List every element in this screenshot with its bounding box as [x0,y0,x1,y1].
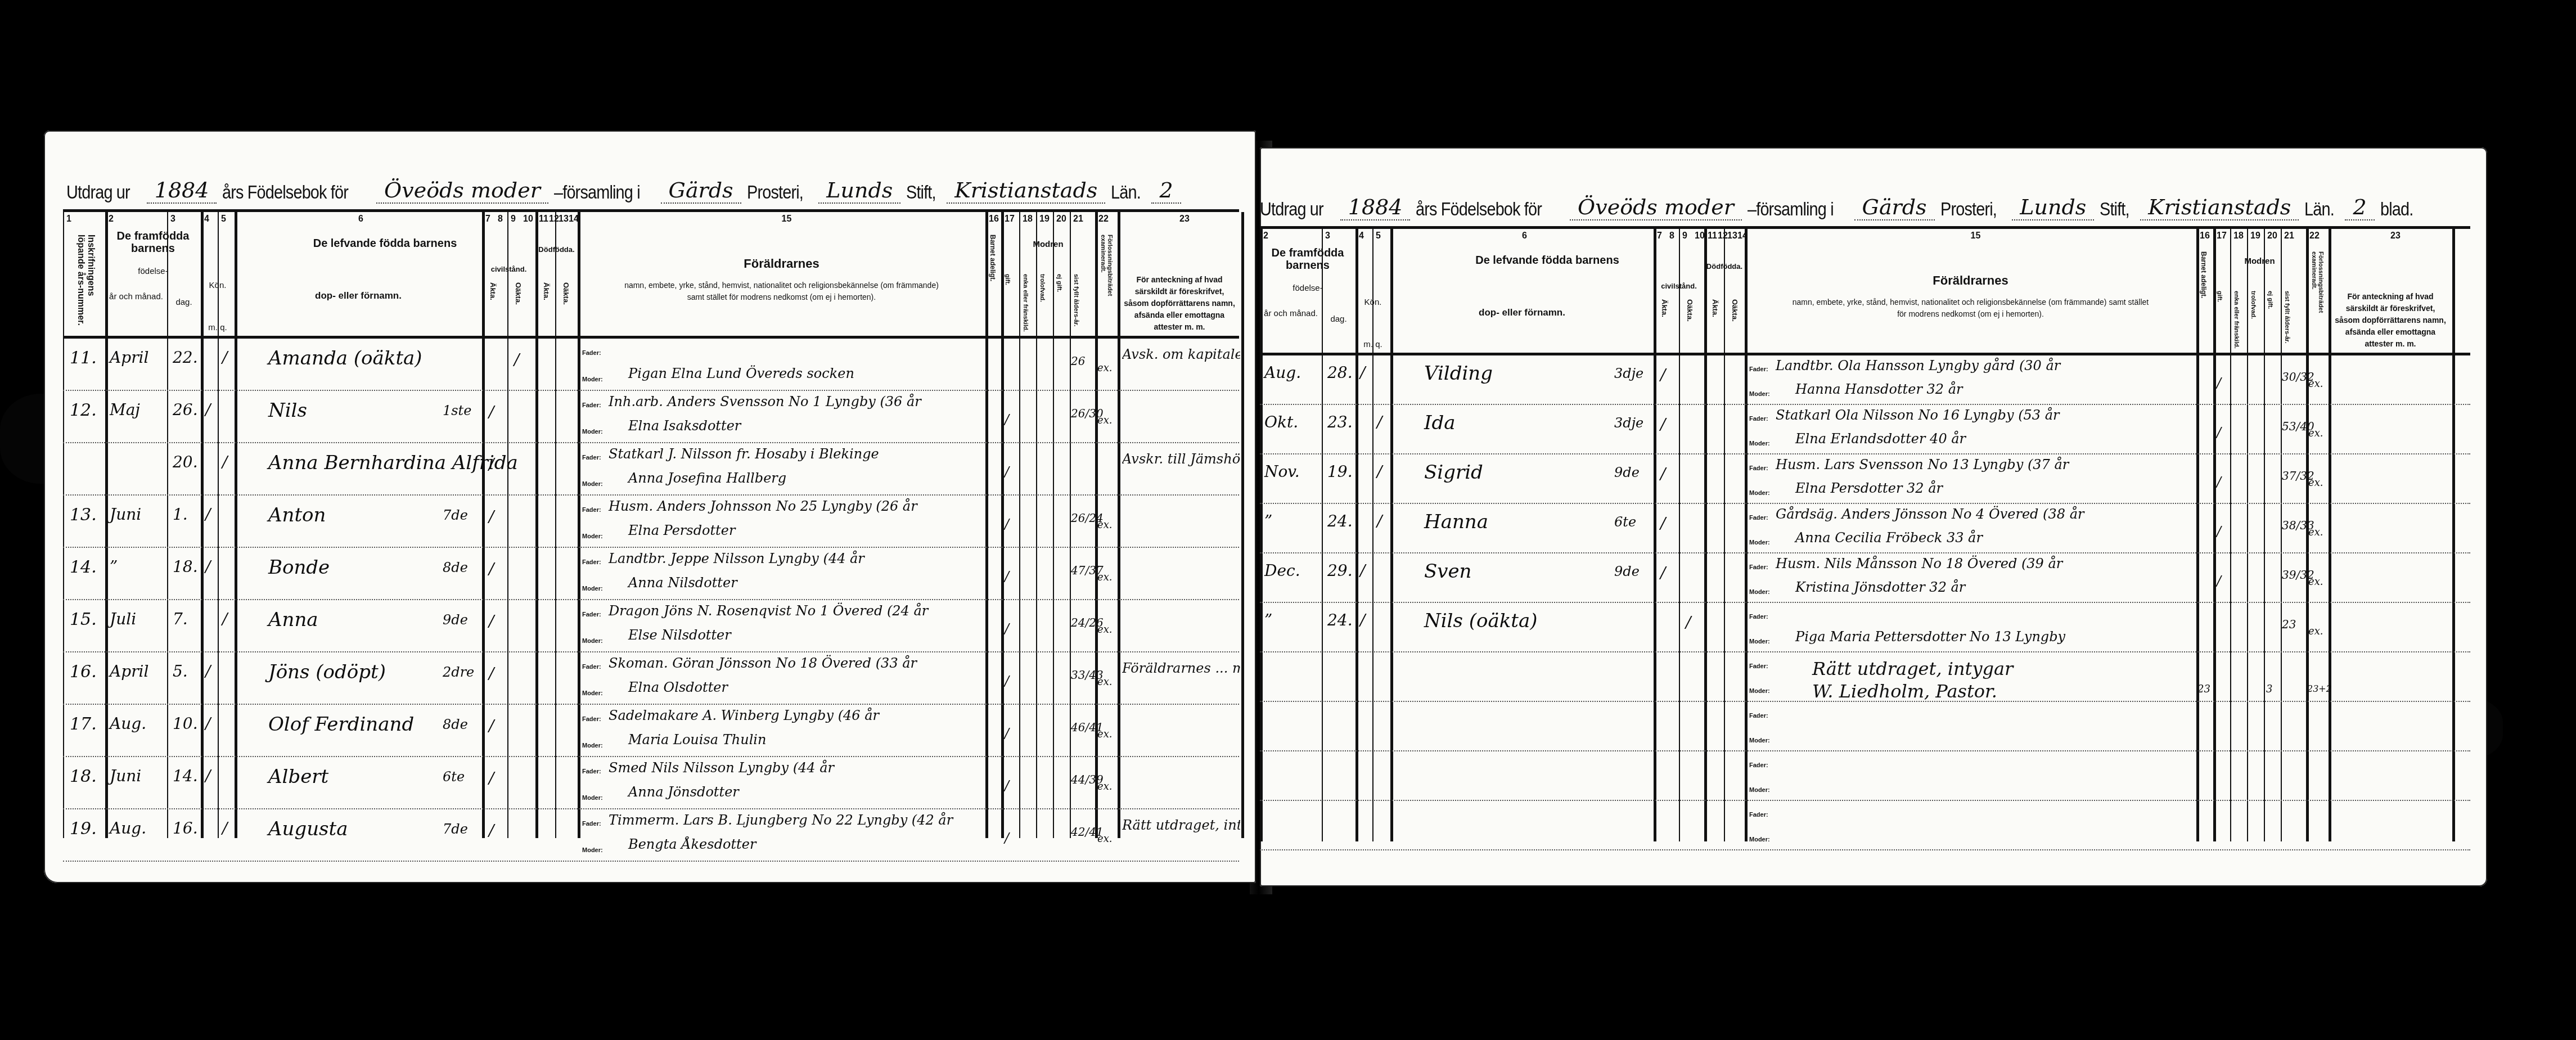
gift-mark: / [2217,524,2221,539]
column-number: 2 [109,214,114,224]
moder-label: Moder: [1749,440,1770,447]
father-details: Dragon Jöns N. Rosenqvist No 1 Övered (2… [609,603,928,619]
entry-number: 16. [70,662,97,682]
fader-label: Fader: [582,768,601,775]
header-modren-sub: trolofvad. [1039,274,1046,302]
column-number: 12 [1718,231,1728,241]
gift-mark: / [1005,516,1009,532]
entry-number: 17. [70,714,97,734]
baptism-day: 3dje [1614,366,1643,381]
column-number: 19 [1039,214,1050,224]
birth-day: 20. [173,453,198,471]
table-row: 20./Anna Bernhardina Alfrida/Fader:Moder… [63,443,1239,496]
header-dag: dag. [168,296,200,309]
moder-label: Moder: [582,586,603,592]
header-dodfodda: Dödfödda. [537,246,577,254]
sex-mark: / [1377,413,1382,431]
county-field: Kristianstads [2140,195,2299,220]
column-number: 21 [2284,231,2294,241]
row-rule [1260,849,2470,850]
column-number: 23 [2390,231,2401,241]
fader-label: Fader: [582,611,601,618]
moder-label: Moder: [582,638,603,645]
child-name: Amanda (oäkta) [268,347,422,370]
column-number: 10 [523,214,533,224]
gift-mark: / [2217,375,2221,391]
midwife-mark: ex. [1097,833,1113,845]
lan-label: Län. [2304,199,2334,220]
sex-mark: / [1360,561,1365,580]
birth-day: 1. [173,505,188,524]
sex-mark: / [1360,611,1365,629]
annotation: Rätt utdraget, intygar W. Liedholm [1122,817,1240,833]
lan-label: Län. [1111,182,1141,204]
birth-day: 7. [173,610,188,628]
entry-number: 15. [70,610,97,629]
birth-month: ” [1264,611,1272,629]
midwife-mark: ex. [1097,624,1113,636]
title-prefix: Utdrag ur [1260,199,1323,220]
table-row: 18.Juni14./Albert6te/Fader:Moder:Smed Ni… [63,757,1239,809]
midwife-mark: ex. [2308,477,2323,489]
column-number: 9 [1682,231,1687,241]
child-name: Sigrid [1424,461,1483,484]
midwife-mark: ex. [1097,728,1113,740]
child-name: Jöns (odöpt) [268,661,386,683]
header-modren-sub: sist fyllt ålders-år. [2284,291,2290,344]
father-details: Timmerm. Lars B. Ljungberg No 22 Lyngby … [609,812,953,828]
birth-month: Juni [110,767,141,785]
father-details: Gårdsäg. Anders Jönsson No 4 Övered (38 … [1776,506,2084,522]
column-number: 21 [1073,214,1083,224]
baptism-day: 9de [1614,564,1640,579]
header-dag: dag. [1323,313,1354,326]
child-name: Olof Ferdinand [268,713,414,736]
fader-label: Fader: [582,664,601,670]
header-anteckning: För anteckning af hvad särskildt är före… [1123,274,1236,333]
moder-label: Moder: [1749,539,1770,546]
column-number: 7 [1657,231,1662,241]
header-legitimacy: Oäkta. [1731,299,1739,322]
birth-month: Okt. [1264,413,1298,431]
register-header: 234567891011121314151617181920212223De f… [1260,229,2470,355]
header-modren-sub: gift. [1004,274,1011,285]
header-dop-namn: dop- eller förnamn. [237,291,479,301]
mother-details: Anna Josefina Hallberg [628,470,786,486]
left-register-page: Utdrag ur 1884 års Födelsebok för Öveöds… [44,130,1256,883]
annotation: Föräldrarnes ... manna? [1122,660,1240,676]
child-name: Anna Bernhardina Alfrida [268,452,518,474]
moder-label: Moder: [582,690,603,697]
birth-day: 10. [173,714,198,733]
register-rows: Aug.28./Vilding3dje/Fader:Moder:Landtbr.… [1260,355,2470,841]
column-number: 17 [1005,214,1015,224]
blad-label: blad. [2380,199,2413,220]
total-col22: 23+2 [2307,683,2332,694]
moder-label: Moder: [582,376,603,383]
title-prefix: Utdrag ur [66,182,130,204]
register-rows: 11.April22./Amanda (oäkta)/Fader:Moder:P… [63,339,1239,838]
child-name: Augusta [268,818,348,840]
birth-month: Maj [110,400,140,419]
baptism-day: 8de [443,560,468,575]
header-fodelse: födelse- [1263,282,1353,295]
father-details: Statkarl J. Nilsson fr. Hosaby i Bleking… [609,446,879,462]
sex-mark: / [205,400,210,419]
legitimacy-mark: / [1660,415,1665,434]
sex-mark: / [205,505,210,524]
diocese-field: Lunds [818,178,900,204]
sex-mark: / [205,557,210,576]
header-forlossning: Förlossningsbiträdet examineradt. [2311,251,2324,353]
header-civilstand: civilstånd. [483,265,534,273]
table-row: 19.Aug.16./Augusta7de/Fader:Moder:Timmer… [63,809,1239,862]
mother-details: Hanna Hansdotter 32 år [1795,381,1962,397]
baptism-day: 9de [1614,465,1640,480]
birth-month: Dec. [1264,561,1300,580]
table-row: Fader:Moder: [1260,751,2470,801]
sex-mark: / [222,819,227,838]
baptism-day: 1ste [443,403,471,418]
mother-details: Else Nilsdotter [628,627,731,643]
column-number: 19 [2250,231,2260,241]
table-row: Aug.28./Vilding3dje/Fader:Moder:Landtbr.… [1260,355,2470,405]
fader-label: Fader: [582,402,601,409]
page-number-field: 2 [1151,178,1181,204]
mother-details: Elna Persdotter [628,523,735,538]
title-mid: års Födelsebok för [222,182,348,204]
baptism-day: 2dre [443,664,474,680]
column-number: 3 [1325,231,1330,241]
midwife-mark: ex. [1097,676,1113,688]
header-ar-och-manad: år och månad. [106,291,166,304]
column-number: 6 [1522,231,1527,241]
child-name: Nils [268,399,307,422]
column-number: 13 [1727,231,1737,241]
header-dop-namn: dop- eller förnamn. [1393,308,1651,318]
legitimacy-mark: / [1660,514,1665,533]
column-number: 12 [549,214,559,224]
column-number: 20 [1056,214,1066,224]
fader-label: Fader: [1749,614,1768,620]
parish-field: Öveöds moder [1570,195,1742,220]
father-details: Landtbr. Ola Hansson Lyngby gård (30 år [1776,358,2060,373]
midwife-mark: ex. [1097,519,1113,531]
parish-field: Öveöds moder [376,178,548,204]
column-number: 18 [2233,231,2244,241]
table-row: Fader:Moder: [1260,702,2470,751]
midwife-mark: ex. [1097,415,1113,426]
fader-label: Fader: [1749,713,1768,719]
header-legitimacy: Oäkta. [514,282,523,305]
header-modren: Modren [1002,240,1094,250]
birth-month: Juli [110,610,136,628]
header-foraldrarnes: Föräldrarnes [580,257,983,271]
sex-mark: / [222,610,227,628]
gift-mark: / [2217,425,2221,440]
birth-month: ” [110,557,118,576]
header-legitimacy: Oäkta. [562,282,570,305]
forsamling-label: –församling i [554,182,640,204]
baptism-day: 6te [1614,514,1636,530]
column-number: 2 [1263,231,1268,241]
table-row: 14.”18./Bonde8de/Fader:Moder:Landtbr. Je… [63,548,1239,600]
header-foraldrarnes: Föräldrarnes [1748,274,2194,287]
mother-details: Elna Persdotter 32 år [1795,480,1943,496]
column-number: 4 [204,214,209,224]
column-number: 13 [559,214,569,224]
mother-details: Maria Louisa Thulin [628,732,766,748]
birth-day: 23. [1327,413,1353,431]
birth-day: 22. [173,348,198,367]
certification-row: Rätt utdraget, intygarW. Liedholm, Pasto… [1260,652,2470,702]
legitimacy-mark: / [1660,366,1665,384]
mother-age: 26 [1071,354,1085,368]
fader-label: Fader: [1749,762,1768,769]
left-register-grid: 1234567891011121314151617181920212223Ins… [63,209,1239,838]
gift-mark: / [1005,778,1009,794]
fader-label: Fader: [582,454,601,461]
mother-details: Kristina Jönsdotter 32 år [1795,579,1965,595]
column-number: 1 [66,214,71,224]
father-details: Husm. Nils Månsson No 18 Övered (39 år [1776,556,2062,571]
header-barnet-adeligt: Barnet adeligt. [2200,251,2208,298]
birth-month: Juni [110,505,141,524]
page-title-right: Utdrag ur 1884 års Födelsebok för Öveöds… [1260,187,2470,220]
gift-mark: / [2217,474,2221,490]
page-number-field: 2 [2345,195,2374,220]
column-number: 6 [358,214,363,224]
mother-details: Elna Olsdotter [628,679,728,695]
birth-day: 5. [173,662,188,681]
column-number: 9 [511,214,516,224]
gift-mark: / [1005,726,1009,741]
total-col20: 3 [2266,683,2272,695]
total-col16: 23 [2197,683,2210,695]
fader-label: Fader: [582,821,601,827]
moder-label: Moder: [582,847,603,854]
table-row: 17.Aug.10./Olof Ferdinand8de/Fader:Moder… [63,705,1239,757]
mother-details: Anna Jönsdotter [628,784,739,800]
moder-label: Moder: [1749,391,1770,398]
header-modren-sub: trolofvad. [2250,291,2257,319]
birth-day: 16. [173,819,198,838]
entry-number: 13. [70,505,97,525]
column-number: 8 [498,214,503,224]
baptism-day: 3dje [1614,415,1643,431]
gift-mark: / [1005,464,1009,480]
column-number: 18 [1023,214,1033,224]
moder-label: Moder: [582,429,603,435]
midwife-mark: ex. [2308,378,2323,390]
moder-label: Moder: [582,742,603,749]
moder-label: Moder: [1749,836,1770,843]
gift-mark: / [1005,412,1009,427]
pastor-signature: W. Liedholm, Pastor. [1812,681,1997,702]
birth-month: Aug. [110,819,146,838]
baptism-day: 8de [443,717,468,732]
annotation: Avsk. om kapitalet ... till Kristianstad [1122,346,1240,362]
legitimacy-mark: / [1686,613,1691,632]
year-field: 1884 [147,178,217,204]
fader-label: Fader: [582,350,601,357]
entry-number: 14. [70,557,97,577]
header-modren: Modren [2214,257,2305,267]
table-row: 15.Juli7./Anna9de/Fader:Moder:Dragon Jön… [63,600,1239,652]
moder-label: Moder: [582,533,603,540]
child-name: Ida [1424,412,1455,434]
birth-day: 14. [173,767,198,785]
midwife-mark: ex. [2308,576,2323,588]
column-number: 10 [1695,231,1705,241]
sex-mark: / [1377,512,1382,530]
table-row: Dec.29./Sven9de/Fader:Moder:Husm. Nils M… [1260,553,2470,603]
mother-age: 23 [2282,618,2296,631]
legitimacy-mark: / [489,560,494,578]
mother-details: Elna Isaksdotter [628,418,741,434]
column-number: 8 [1669,231,1674,241]
table-row: 16.April5./Jöns (odöpt)2dre/Fader:Moder:… [63,652,1239,705]
header-legitimacy: Oäkta. [1686,299,1694,322]
gift-mark: / [1005,830,1009,846]
contract-field: Gärds [1854,195,1935,220]
column-number: 11 [539,214,548,224]
diocese-field: Lunds [2012,195,2094,220]
legitimacy-mark: / [489,507,494,526]
header-foraldrarnes-desc: namn, embete, yrke, stånd, hemvist, nati… [1790,296,2151,320]
table-row: 11.April22./Amanda (oäkta)/Fader:Moder:P… [63,339,1239,391]
child-name: Nils (oäkta) [1424,610,1538,632]
prosteri-label: Prosteri, [747,182,803,204]
legitimacy-mark: / [489,612,494,631]
sex-mark: / [1360,363,1365,382]
table-row: 13.Juni1./Anton7de/Fader:Moder:Husm. And… [63,496,1239,548]
column-number: 3 [170,214,175,224]
birth-month: Aug. [1264,363,1301,382]
child-name: Albert [268,766,328,788]
column-number: 15 [782,214,792,224]
forsamling-label: –församling i [1748,199,1834,220]
column-rule [1241,212,1244,838]
birth-month: April [110,348,148,367]
mother-details: Elna Erlandsdotter 40 år [1795,431,1966,447]
column-number: 11 [1708,231,1717,241]
moder-label: Moder: [582,481,603,488]
moder-label: Moder: [1749,737,1770,744]
entry-number: 11. [70,348,97,368]
mother-details: Anna Cecilia Fröbeck 33 år [1795,530,1983,546]
midwife-mark: ex. [2308,526,2323,538]
gift-mark: / [1005,673,1009,689]
legitimacy-mark: / [489,664,494,683]
annotation: Avskr. till Jämshög d. 24/6 84. [1122,451,1240,467]
child-name: Hanna [1424,511,1488,533]
child-name: Vilding [1424,362,1493,385]
header-legitimacy: Äkta. [1711,299,1719,317]
header-ar-och-manad: år och månad. [1261,308,1321,321]
moder-label: Moder: [582,795,603,802]
gift-mark: / [2217,573,2221,589]
child-name: Bonde [268,556,330,579]
column-number: 22 [2309,231,2320,241]
birth-month: April [110,662,148,681]
birth-month: ” [1264,512,1272,530]
right-register-grid: 234567891011121314151617181920212223De f… [1260,226,2470,841]
birth-day: 29. [1327,561,1353,580]
moder-label: Moder: [1749,589,1770,596]
header-barnet-adeligt: Barnet adeligt. [989,235,997,281]
sex-mark: / [205,767,210,785]
fader-label: Fader: [1749,515,1768,521]
midwife-mark: ex. [1097,571,1113,583]
midwife-mark: ex. [1097,781,1113,793]
header-running-number: Inskrifningens löpande års-nummer. [75,235,96,330]
entry-number: 19. [70,819,97,839]
header-modren-sub: ej gift. [2267,291,2273,309]
table-row: ”24./Nils (oäkta)/Fader:Moder:Piga Maria… [1260,603,2470,652]
legitimacy-mark: / [489,717,494,735]
year-field: 1884 [1340,195,1411,220]
father-details: Husm. Lars Svensson No 13 Lyngby (37 år [1776,457,2069,472]
legitimacy-mark: / [1660,564,1665,582]
midwife-mark: ex. [1097,362,1113,374]
legitimacy-mark: / [514,350,519,369]
column-number: 15 [1971,231,1981,241]
header-levande: De lefvande födda barnens [237,237,533,250]
birth-day: 24. [1327,512,1353,530]
column-number: 7 [485,214,490,224]
column-number: 16 [2200,231,2210,241]
midwife-mark: ex. [2308,427,2323,439]
sex-mark: / [205,662,210,681]
moder-label: Moder: [1749,490,1770,497]
birth-day: 19. [1327,462,1353,481]
fader-label: Fader: [1749,564,1768,571]
legitimacy-mark: / [489,769,494,787]
column-number: 16 [989,214,999,224]
table-row: ”24./Hanna6te/Fader:Moder:Gårdsäg. Ander… [1260,504,2470,553]
table-row: Fader:Moder: [1260,801,2470,850]
legitimacy-mark: / [1660,465,1665,483]
header-modren-sub: ej gift. [1056,274,1062,292]
header-modren-sub: enka eller fränskild. [1022,274,1029,332]
child-name: Sven [1424,560,1472,583]
midwife-mark: ex. [2308,625,2323,637]
fader-label: Fader: [582,559,601,566]
father-details: Skoman. Göran Jönsson No 18 Övered (33 å… [609,655,917,671]
county-field: Kristianstads [947,178,1105,204]
header-legitimacy: Äkta. [542,282,551,300]
birth-day: 24. [1327,611,1353,629]
header-modren-sub: gift. [2216,291,2223,302]
birth-day: 18. [173,557,198,576]
contract-field: Gärds [661,178,741,204]
header-framfodda: De framfödda barnens [108,230,198,255]
page-title: Utdrag ur 1884 års Födelsebok för Öveöds… [66,170,1239,204]
sex-mark: / [222,453,227,471]
father-details: Inh.arb. Anders Svensson No 1 Lyngby (36… [609,394,921,409]
prosteri-label: Prosteri, [1940,199,1997,220]
mother-details: Pigan Elna Lund Övereds socken [628,366,854,381]
header-fodelse: födelse- [108,265,198,278]
certification-text: Rätt utdraget, intygar [1812,658,2013,679]
header-anteckning: För anteckning af hvad särskildt är före… [2334,291,2447,350]
fader-label: Fader: [1749,465,1768,472]
header-modren-sub: sist fyllt ålders-år. [1073,274,1079,327]
father-details: Smed Nils Nilsson Lyngby (44 år [609,760,834,776]
fader-label: Fader: [1749,366,1768,373]
table-row: 12.Maj26./Nils1ste/Fader:Moder:Inh.arb. … [63,391,1239,443]
